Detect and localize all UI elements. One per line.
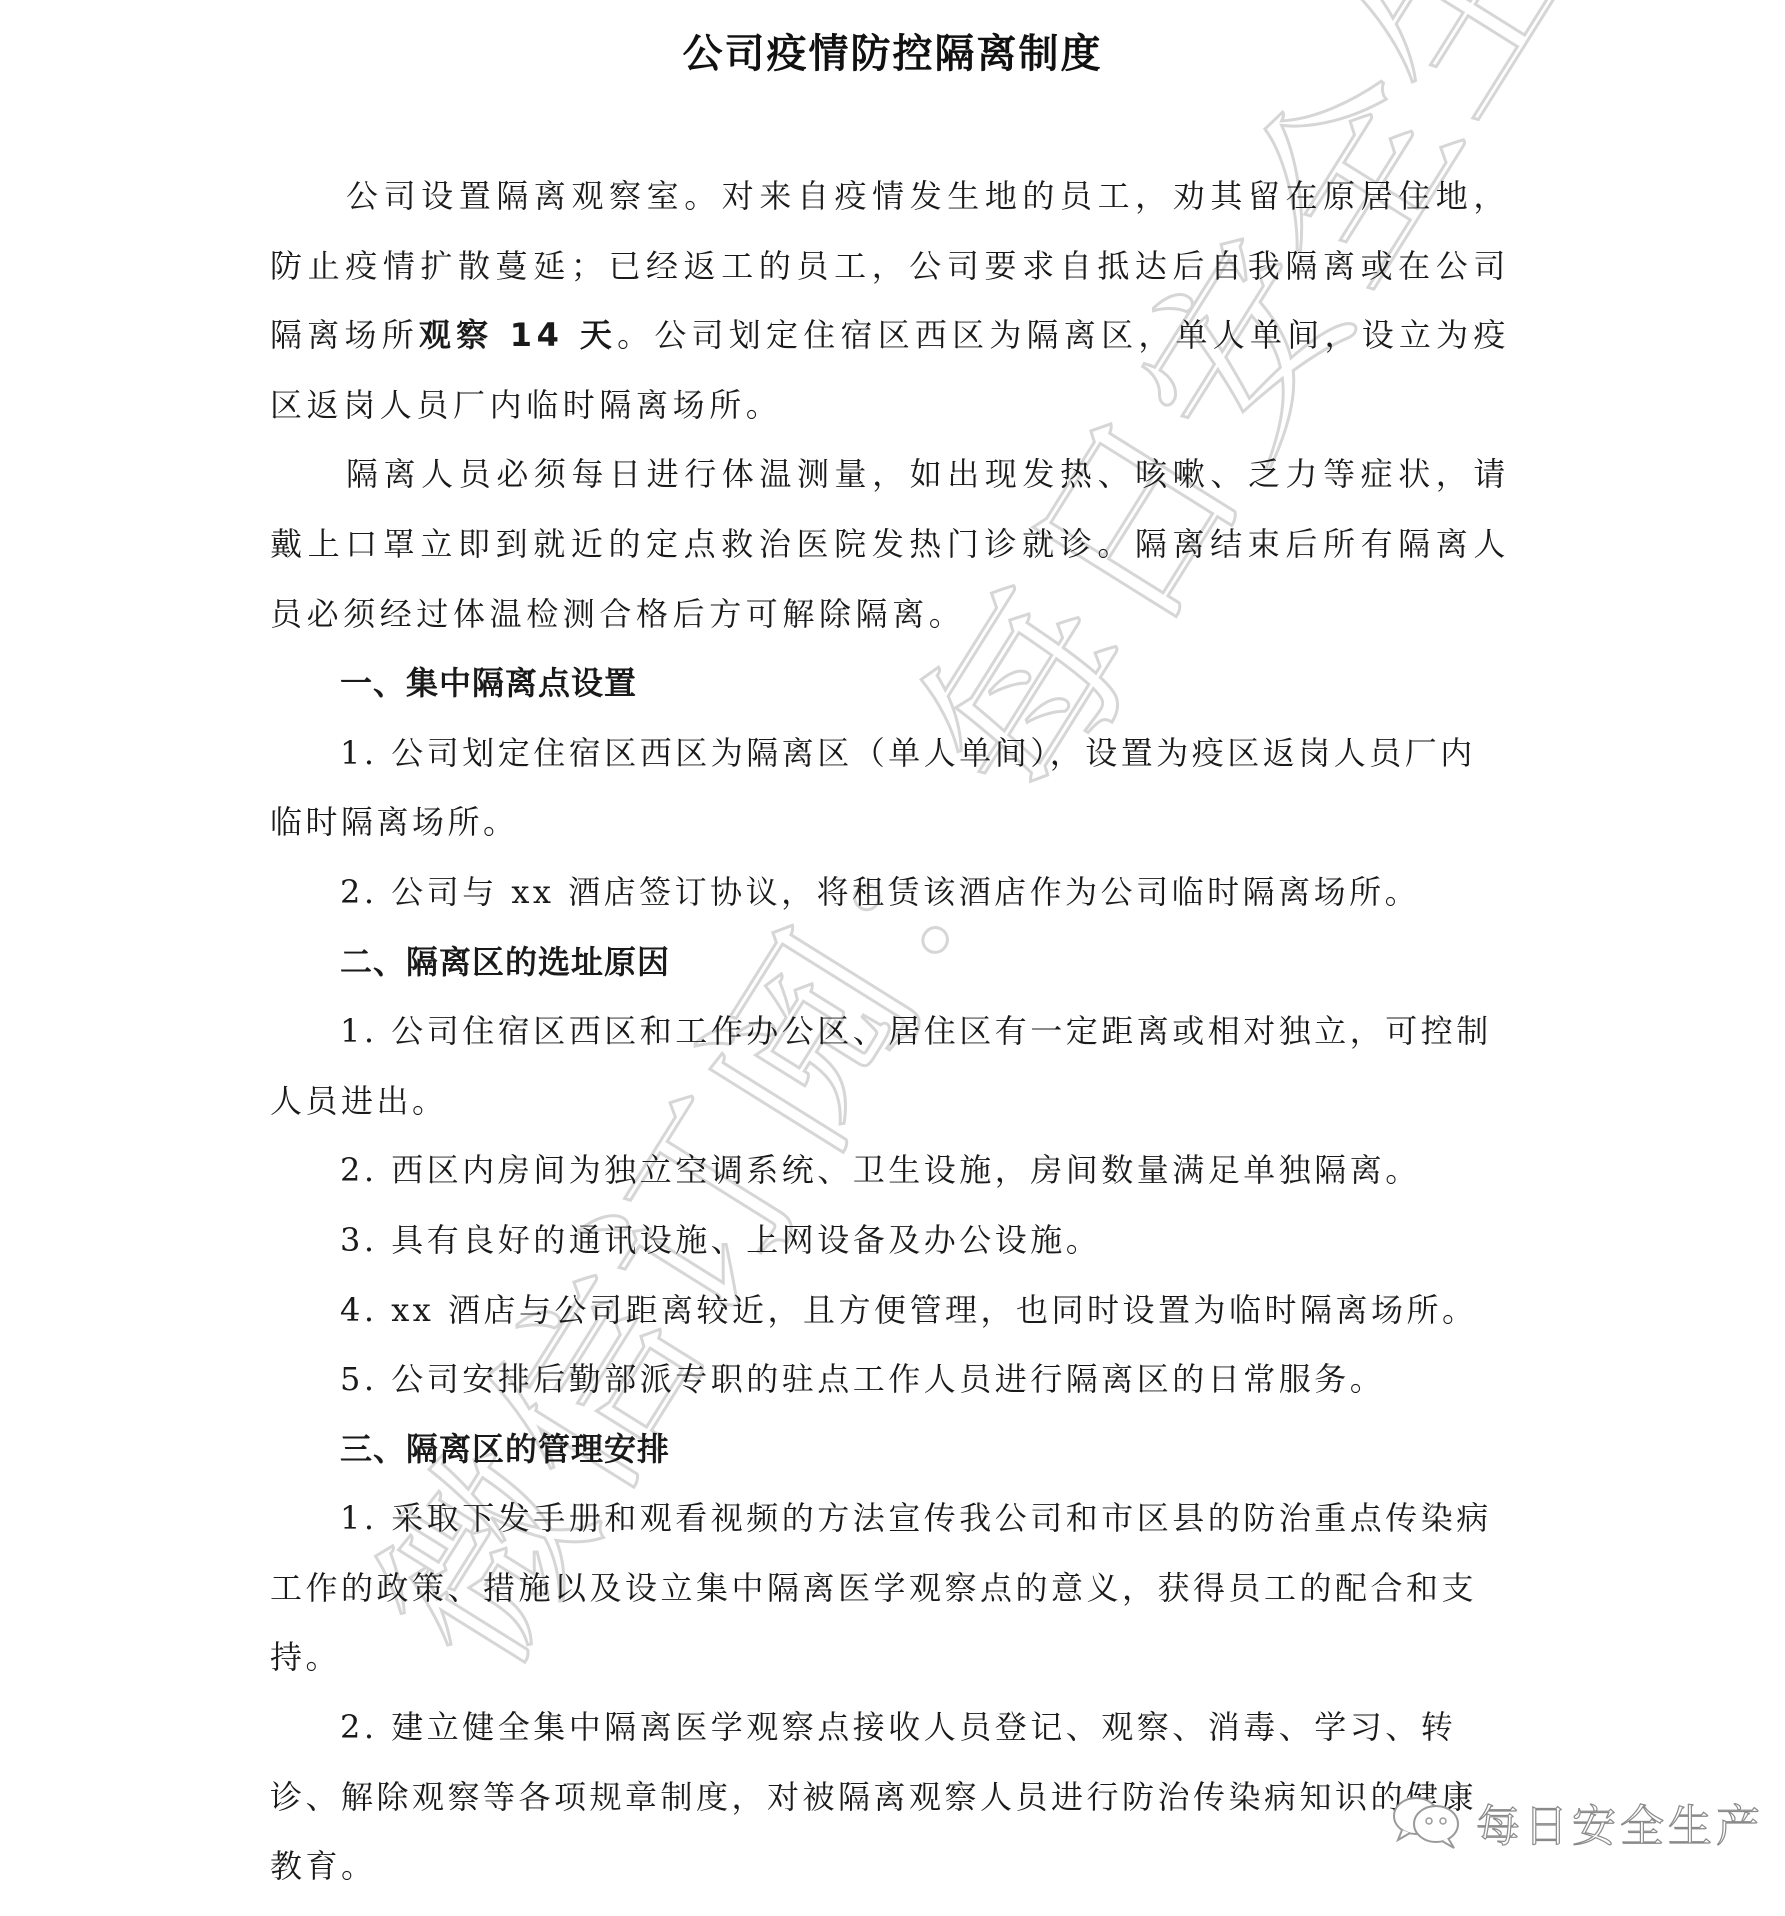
section-2-item-1: 1. 公司住宿区西区和工作办公区、居住区有一定距离或相对独立，可控制人员进出。: [270, 997, 1510, 1136]
section-3-item-1: 1. 采取下发手册和观看视频的方法宣传我公司和市区县的防治重点传染病工作的政策、…: [270, 1484, 1510, 1693]
document-title: 公司疫情防控隔离制度: [0, 22, 1785, 79]
section-1-item-1: 1. 公司划定住宿区西区为隔离区（单人单间），设置为疫区返岗人员厂内临时隔离场所…: [270, 719, 1510, 858]
section-heading-3: 三、隔离区的管理安排: [270, 1415, 1510, 1485]
document-body: 公司设置隔离观察室。对来自疫情发生地的员工，劝其留在原居住地，防止疫情扩散蔓延；…: [270, 162, 1510, 1902]
section-2-item-5: 5. 公司安排后勤部派专职的驻点工作人员进行隔离区的日常服务。: [270, 1345, 1510, 1415]
section-2-item-4: 4. xx 酒店与公司距离较近，且方便管理，也同时设置为临时隔离场所。: [270, 1276, 1510, 1346]
section-1-item-2: 2. 公司与 xx 酒店签订协议，将租赁该酒店作为公司临时隔离场所。: [270, 858, 1510, 928]
section-2-item-3: 3. 具有良好的通讯设施、上网设备及办公设施。: [270, 1206, 1510, 1276]
intro-paragraph-1: 公司设置隔离观察室。对来自疫情发生地的员工，劝其留在原居住地，防止疫情扩散蔓延；…: [270, 162, 1510, 440]
brand-label: 每日安全生产: [1476, 1790, 1764, 1854]
content-layer: 公司疫情防控隔离制度 公司设置隔离观察室。对来自疫情发生地的员工，劝其留在原居住…: [0, 0, 1785, 1916]
document-page: 微信订阅：每日安全生产 公司疫情防控隔离制度 公司设置隔离观察室。对来自疫情发生…: [0, 0, 1785, 1916]
section-heading-2: 二、隔离区的选址原因: [270, 928, 1510, 998]
brand-badge: 每日安全生产: [1390, 1790, 1764, 1854]
intro-paragraph-2: 隔离人员必须每日进行体温测量，如出现发热、咳嗽、乏力等症状，请戴上口罩立即到就近…: [270, 440, 1510, 649]
wechat-icon: [1390, 1794, 1468, 1850]
section-2-item-2: 2. 西区内房间为独立空调系统、卫生设施，房间数量满足单独隔离。: [270, 1136, 1510, 1206]
bold-emphasis: 观察 14 天: [419, 316, 617, 354]
section-3-item-2: 2. 建立健全集中隔离医学观察点接收人员登记、观察、消毒、学习、转诊、解除观察等…: [270, 1693, 1510, 1902]
section-heading-1: 一、集中隔离点设置: [270, 649, 1510, 719]
